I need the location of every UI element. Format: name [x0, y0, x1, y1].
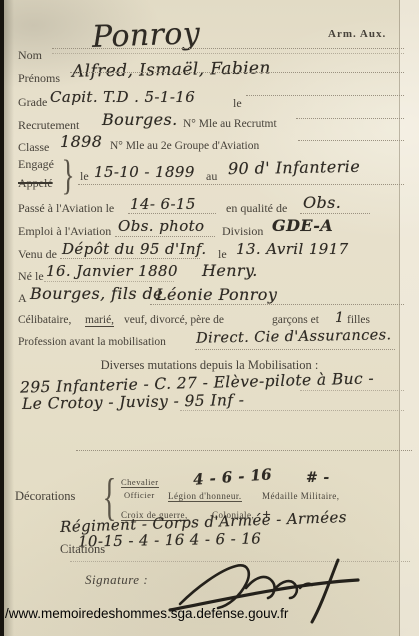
venu-de-value-handwriting: Dépôt du 95 d'Inf. [62, 240, 207, 258]
passe-aviation-rule-2 [300, 213, 370, 214]
pere-handwriting: Henry. [202, 261, 258, 280]
decorations-date-handwriting: 4 - 6 - 16 [192, 465, 272, 488]
recrutement-value-handwriting: Bourges. [102, 110, 178, 129]
appele-label-struck: Appelé [18, 176, 53, 191]
decorations-label: Décorations [15, 489, 75, 504]
mere-handwriting: Léonie Ponroy [156, 285, 277, 304]
decorations-chevalier: Chevalier [121, 477, 159, 488]
classe-value-handwriting: 1898 [60, 132, 102, 151]
etat-civil-filles: filles [347, 314, 370, 326]
decorations-medaille: Médaille Militaire, [262, 491, 339, 501]
grade-value-handwriting: Capit. T.D . 5-1-16 [50, 88, 195, 106]
nom-rule [52, 48, 404, 49]
venu-rule [60, 258, 200, 259]
grade-rule [246, 95, 404, 96]
nom-value-handwriting: Ponroy [91, 16, 200, 55]
engage-brace: } [62, 152, 75, 200]
watermark-url: /www.memoiredeshommes.sga.defense.gouv.f… [5, 606, 288, 621]
emploi-rule [115, 236, 215, 237]
passe-aviation-date-handwriting: 14- 6-15 [130, 195, 196, 213]
ville-fils-handwriting: Bourges, fils de [30, 284, 163, 303]
passe-aviation-rule-1 [128, 213, 216, 214]
engage-au-label: au [206, 169, 217, 184]
decorations-legion: Légion d'honneur. [168, 491, 242, 502]
prenoms-rule [70, 72, 404, 73]
prenoms-label: Prénoms [18, 71, 60, 86]
signature-label: Signature : [85, 572, 148, 588]
profession-value-handwriting: Direct. Cie d'Assurances. [196, 327, 392, 346]
scanned-military-record-card: Arm. Aux. Ponroy Nom Prénoms Alfred, Ism… [0, 0, 419, 636]
a-ville-label: A [18, 291, 27, 306]
ne-le-label: Né le [18, 269, 44, 284]
emploi-aviation-value-handwriting: Obs. photo [118, 217, 205, 235]
venu-le-label: le [218, 247, 227, 262]
etat-civil-suite: veuf, divorcé, père de [124, 314, 224, 326]
corner-label-arm-aux: Arm. Aux. [328, 28, 386, 40]
etat-civil-marie-underlined: marié, [85, 314, 114, 327]
recrutement-suffix-label: N° Mle au Recrutmt [183, 118, 277, 130]
recrutement-rule [296, 118, 404, 119]
profession-rule [195, 349, 395, 350]
nom-label: Nom [18, 48, 42, 63]
scan-left-shadow [4, 0, 14, 636]
prenoms-value-handwriting: Alfred, Ismaël, Fabien [72, 58, 271, 81]
engage-label: Engagé [18, 157, 54, 172]
decorations-officier: Officier [124, 490, 155, 500]
engage-date-handwriting: 15-10 - 1899 [94, 163, 195, 181]
blank-rule [76, 450, 412, 451]
engage-rule [78, 184, 404, 185]
mutations-rule-2 [180, 410, 404, 411]
citations-label: Citations [60, 542, 105, 557]
naissance-rule [44, 281, 174, 282]
grade-le-label: le [233, 96, 242, 111]
emploi-aviation-label: Emploi à l'Aviation [18, 224, 111, 239]
etat-civil-celibataire: Célibataire, [18, 314, 71, 326]
passe-aviation-qualite-handwriting: Obs. [303, 193, 341, 212]
etat-civil-garcons: garçons et [272, 314, 319, 326]
division-label: Division [222, 224, 263, 239]
recrutement-label: Recrutement [18, 118, 79, 133]
classe-label: Classe [18, 140, 49, 155]
decorations-mark-handwriting: # - [306, 470, 330, 486]
mutations-rule-1 [300, 390, 404, 391]
naissance-date-handwriting: 16. Janvier 1880 [46, 262, 178, 280]
division-value-handwriting: GDE-A [272, 216, 333, 235]
profession-label: Profession avant la mobilisation [18, 336, 166, 348]
grade-label: Grade [18, 95, 47, 110]
engage-unit-handwriting: 90 d' Infanterie [228, 157, 360, 178]
classe-suffix-label: N° Mle au 2e Groupe d'Aviation [110, 140, 259, 152]
venu-date-handwriting: 13. Avril 1917 [236, 240, 349, 258]
passe-aviation-qualite-label: en qualité de [226, 201, 287, 216]
engage-le-label: le [80, 169, 89, 184]
venu-de-label: Venu de [18, 247, 57, 262]
origine-rule [150, 304, 404, 305]
filles-count-handwriting: 1 [335, 310, 344, 326]
passe-aviation-label: Passé à l'Aviation le [18, 201, 114, 216]
nom-rule-2 [52, 53, 404, 54]
classe-rule [298, 140, 404, 141]
